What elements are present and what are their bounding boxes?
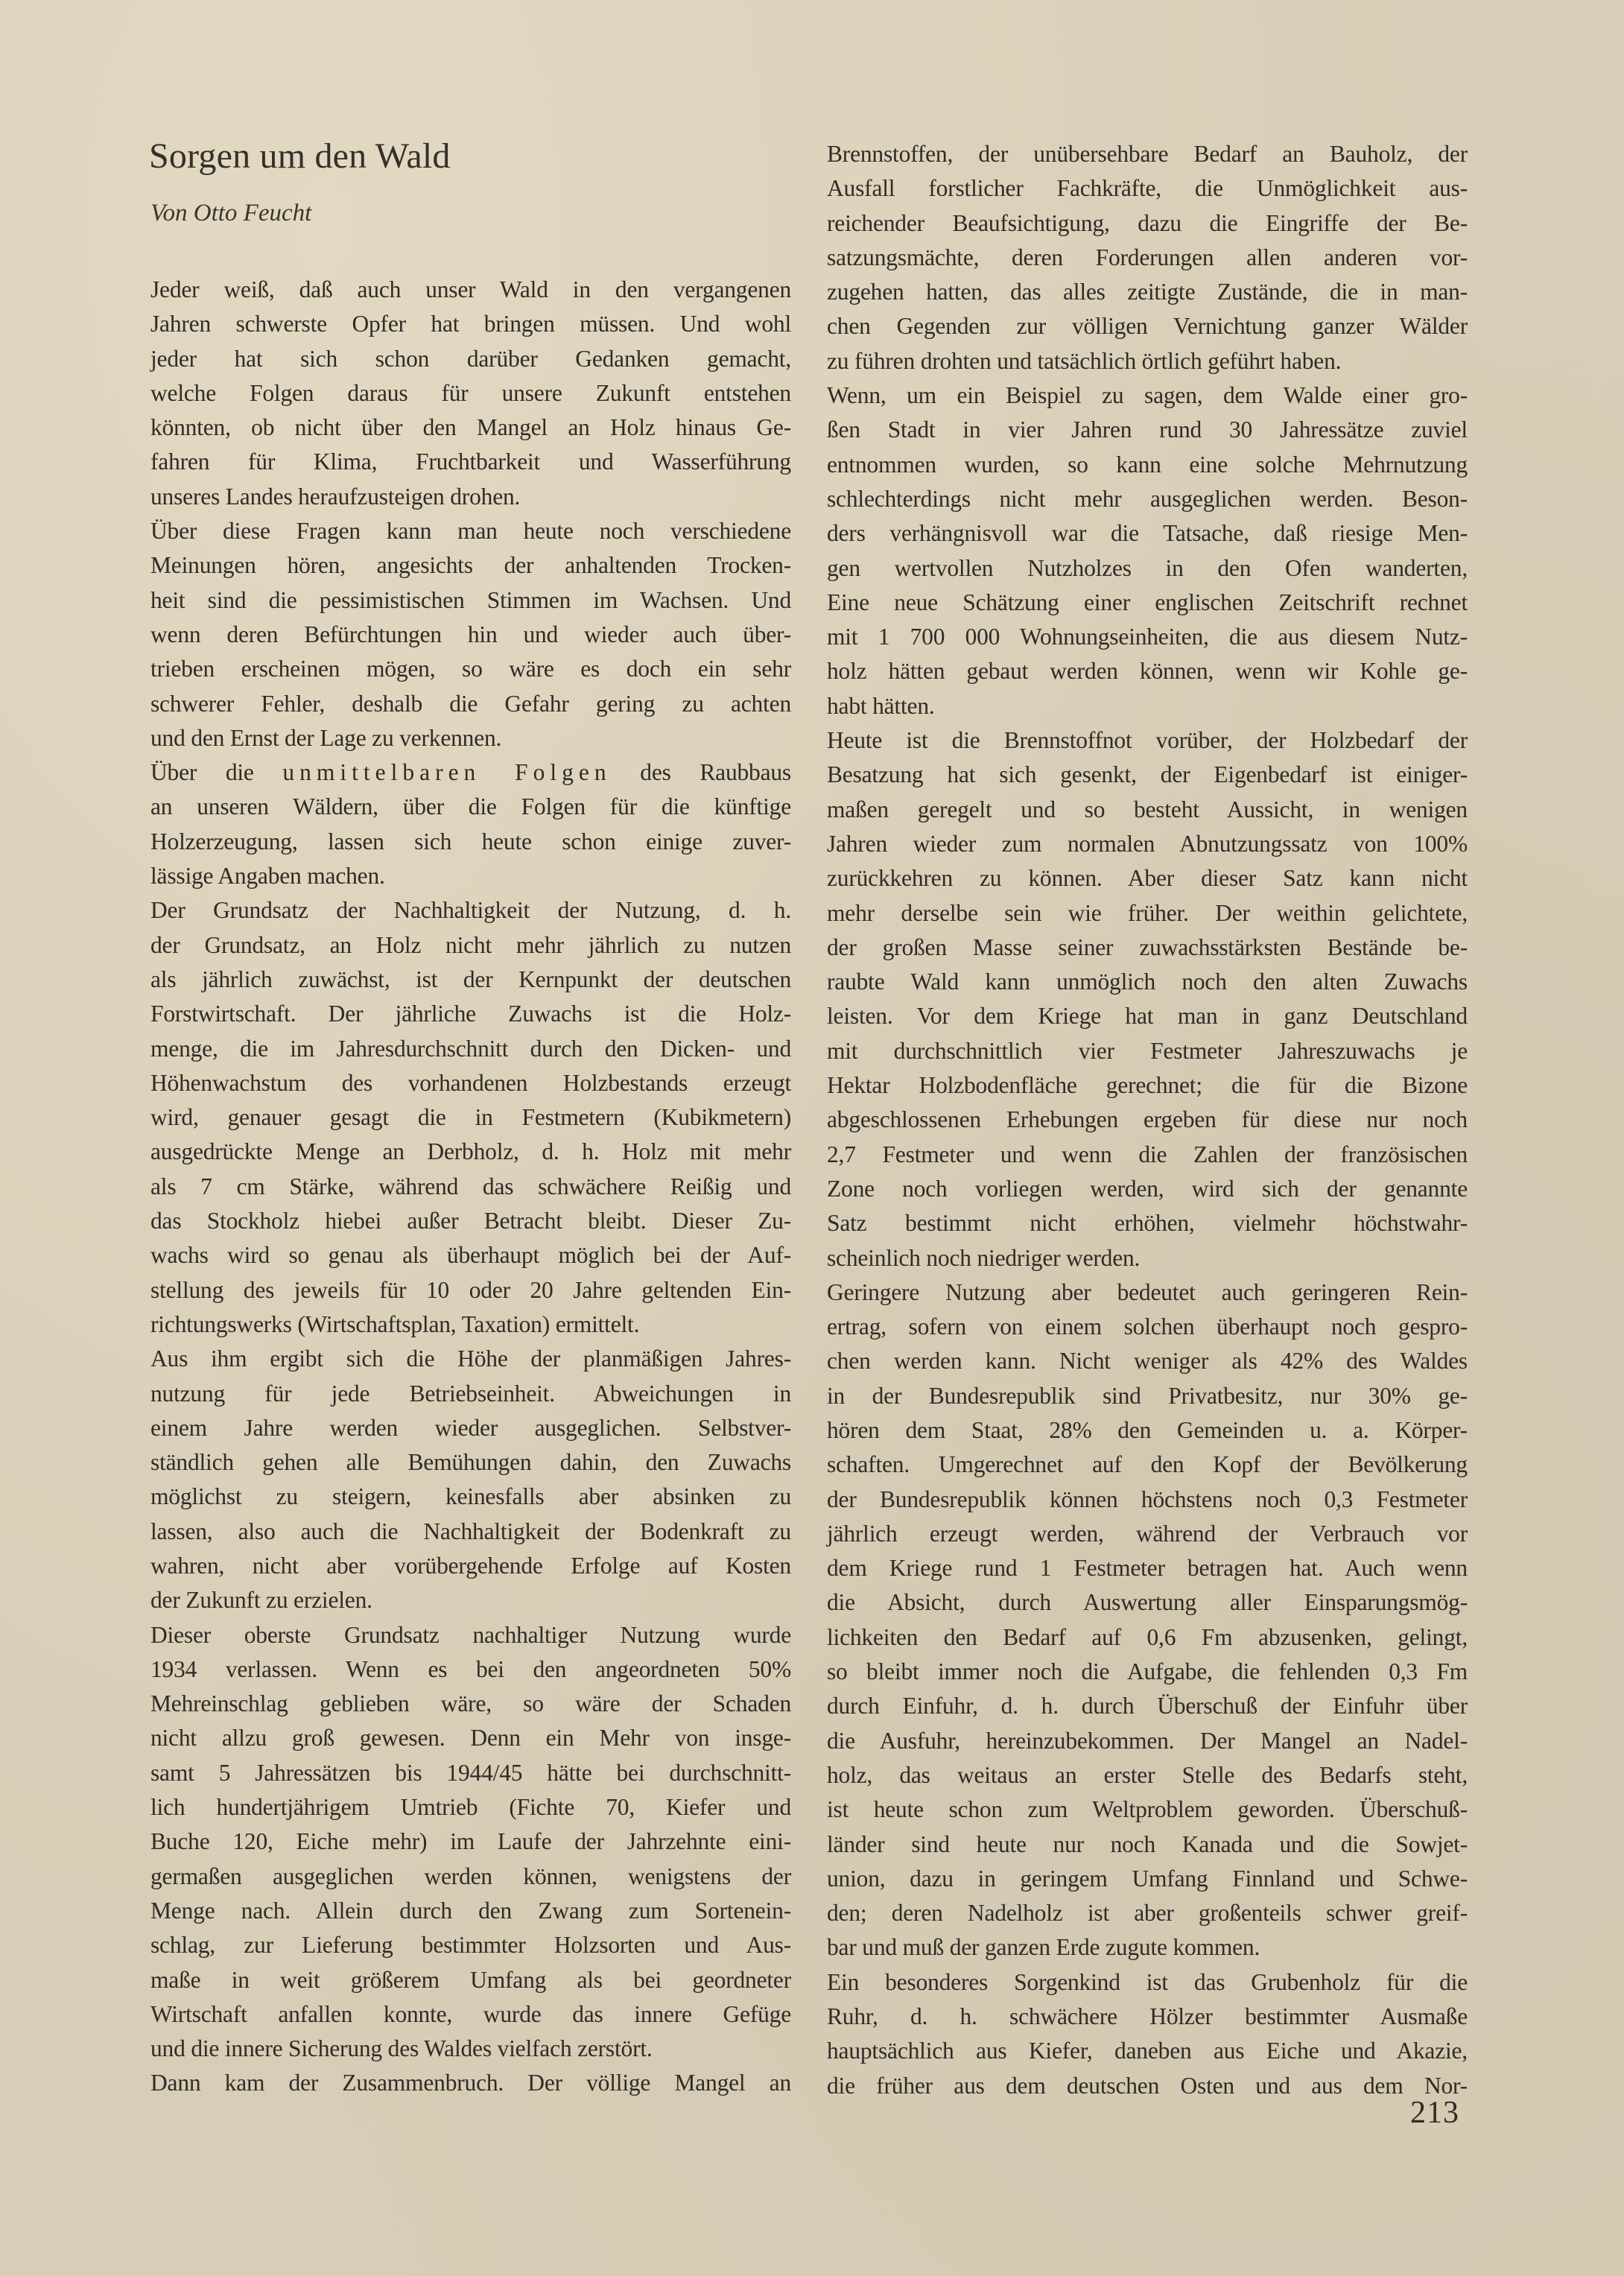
text-line: die Ausfuhr, hereinzubekommen. Der Mange… (827, 1724, 1468, 1758)
text-line: abgeschlossenen Erhebungen ergeben für d… (827, 1103, 1468, 1137)
text-line: Buche 120, Eiche mehr) im Laufe der Jahr… (150, 1825, 791, 1859)
text-line: der großen Masse seiner zuwachsstärksten… (827, 931, 1468, 965)
text-line: union, dazu in geringem Umfang Finnland … (827, 1862, 1468, 1896)
text-line: schlag, zur Lieferung bestimmter Holzsor… (150, 1928, 791, 1962)
text-line: Der Grundsatz der Nachhaltigkeit der Nut… (150, 893, 791, 928)
text-line: lichkeiten den Bedarf auf 0,6 Fm abzusen… (827, 1620, 1468, 1655)
text-line: Satz bestimmt nicht erhöhen, vielmehr hö… (827, 1206, 1468, 1240)
text-line: wenn deren Befürchtungen hin und wieder … (150, 618, 791, 652)
text-line: Ein besonderes Sorgenkind ist das Gruben… (827, 1965, 1468, 2000)
text-line: Heute ist die Brennstoffnot vorüber, der… (827, 723, 1468, 758)
text-line: germaßen ausgeglichen werden können, wen… (150, 1860, 791, 1894)
text-line: unseres Landes heraufzusteigen drohen. (150, 480, 791, 514)
text-line: Ausfall forstlicher Fachkräfte, die Unmö… (827, 171, 1468, 206)
text-line: Brennstoffen, der unübersehbare Bedarf a… (827, 137, 1468, 171)
text-line: chen werden kann. Nicht weniger als 42% … (827, 1344, 1468, 1378)
text-line: ist heute schon zum Weltproblem geworden… (827, 1792, 1468, 1827)
text-line: Jeder weiß, daß auch unser Wald in den v… (150, 273, 791, 307)
text-line: hören dem Staat, 28% den Gemeinden u. a.… (827, 1413, 1468, 1448)
text-line: Jahren wieder zum normalen Abnutzungssat… (827, 827, 1468, 861)
text-line: der Zukunft zu erzielen. (150, 1583, 791, 1617)
text-line: raubte Wald kann unmöglich noch den alte… (827, 965, 1468, 999)
text-line: Höhenwachstum des vorhandenen Holzbestan… (150, 1066, 791, 1100)
text-line: chen Gegenden zur völligen Vernichtung g… (827, 309, 1468, 343)
page-number: 213 (1410, 2095, 1459, 2131)
text-line: zurückkehren zu können. Aber dieser Satz… (827, 861, 1468, 895)
text-line: habt hätten. (827, 689, 1468, 723)
text-line: Ruhr, d. h. schwächere Hölzer bestimmter… (827, 2000, 1468, 2034)
text-line: lässige Angaben machen. (150, 859, 791, 893)
text-line: einem Jahre werden wieder ausgeglichen. … (150, 1411, 791, 1445)
text-line: Holzerzeugung, lassen sich heute schon e… (150, 825, 791, 859)
article-title: Sorgen um den Wald (149, 134, 451, 179)
text-line: dem Kriege rund 1 Festmeter betragen hat… (827, 1551, 1468, 1585)
text-line: in der Bundesrepublik sind Privatbesitz,… (827, 1379, 1468, 1413)
text-line: lich hundertjährigem Umtrieb (Fichte 70,… (150, 1790, 791, 1825)
text-line: ertrag, sofern von einem solchen überhau… (827, 1310, 1468, 1344)
text-line: das Stockholz hiebei außer Betracht blei… (150, 1204, 791, 1238)
text-line: maße in weit größerem Umfang als bei geo… (150, 1963, 791, 1997)
text-line: fahren für Klima, Fruchtbarkeit und Wass… (150, 445, 791, 479)
text-line: stellung des jeweils für 10 oder 20 Jahr… (150, 1273, 791, 1307)
text-line: jeder hat sich schon darüber Gedanken ge… (150, 342, 791, 376)
text-line: könnten, ob nicht über den Mangel an Hol… (150, 410, 791, 445)
text-line: Dieser oberste Grundsatz nachhaltiger Nu… (150, 1618, 791, 1652)
text-line: holz hätten gebaut werden können, wenn w… (827, 654, 1468, 688)
text-line: der Grundsatz, an Holz nicht mehr jährli… (150, 928, 791, 963)
emphasized-phrase: unmittelbaren Folgen (282, 759, 611, 785)
text-line: Über die unmittelbaren Folgen des Raubba… (150, 755, 791, 790)
text-line: lassen, also auch die Nachhaltigkeit der… (150, 1515, 791, 1549)
text-line: der Bundesrepublik können höchstens noch… (827, 1483, 1468, 1517)
text-line: richtungswerks (Wirtschaftsplan, Taxatio… (150, 1307, 791, 1342)
text-line: Jahren schwerste Opfer hat bringen müsse… (150, 307, 791, 341)
text-line: so bleibt immer noch die Aufgabe, die fe… (827, 1655, 1468, 1689)
text-line: die früher aus dem deutschen Osten und a… (827, 2069, 1468, 2103)
text-line: entnommen wurden, so kann eine solche Me… (827, 448, 1468, 482)
text-line: schwerer Fehler, deshalb die Gefahr geri… (150, 687, 791, 721)
text-line: Dann kam der Zusammenbruch. Der völlige … (150, 2066, 791, 2100)
text-line: Menge nach. Allein durch den Zwang zum S… (150, 1894, 791, 1928)
text-line: ßen Stadt in vier Jahren rund 30 Jahress… (827, 413, 1468, 447)
text-line: wahren, nicht aber vorübergehende Erfolg… (150, 1549, 791, 1583)
text-line: ständlich gehen alle Bemühungen dahin, d… (150, 1445, 791, 1480)
text-line: an unseren Wäldern, über die Folgen für … (150, 790, 791, 824)
text-line: gen wertvollen Nutzholzes in den Ofen wa… (827, 551, 1468, 586)
text-line: mehr derselbe sein wie früher. Der weith… (827, 896, 1468, 931)
text-line: Eine neue Schätzung einer englischen Zei… (827, 586, 1468, 620)
text-line: Über diese Fragen kann man heute noch ve… (150, 514, 791, 548)
text-line: satzungsmächte, deren Forderungen allen … (827, 241, 1468, 275)
text-line: ders verhängnisvoll war die Tatsache, da… (827, 516, 1468, 551)
text-line: heit sind die pessimistischen Stimmen im… (150, 583, 791, 618)
text-line: durch Einfuhr, d. h. durch Überschuß der… (827, 1689, 1468, 1723)
text-line: 2,7 Festmeter und wenn die Zahlen der fr… (827, 1138, 1468, 1172)
text-line: den; deren Nadelholz ist aber großenteil… (827, 1896, 1468, 1930)
text-line: Geringere Nutzung aber bedeutet auch ger… (827, 1275, 1468, 1310)
text-line: Wirtschaft anfallen konnte, wurde das in… (150, 1997, 791, 2032)
text-line: zu führen drohten und tatsächlich örtlic… (827, 344, 1468, 378)
text-line: möglichst zu steigern, keinesfalls aber … (150, 1480, 791, 1514)
text-line: scheinlich noch niedriger werden. (827, 1241, 1468, 1275)
text-line: mit durchschnittlich vier Festmeter Jahr… (827, 1034, 1468, 1068)
text-line: schlechterdings nicht mehr ausgeglichen … (827, 482, 1468, 516)
right-column: Brennstoffen, der unübersehbare Bedarf a… (827, 137, 1468, 2103)
text-line: jährlich erzeugt werden, während der Ver… (827, 1517, 1468, 1551)
text-line: Hektar Holzbodenfläche gerechnet; die fü… (827, 1068, 1468, 1103)
text-line: nicht allzu groß gewesen. Denn ein Mehr … (150, 1721, 791, 1755)
text-line: Wenn, um ein Beispiel zu sagen, dem Wald… (827, 378, 1468, 413)
text-line: Zone noch vorliegen werden, wird sich de… (827, 1172, 1468, 1206)
text-line: Forstwirtschaft. Der jährliche Zuwachs i… (150, 997, 791, 1031)
text-line: welche Folgen daraus für unsere Zukunft … (150, 376, 791, 410)
text-line: trieben erscheinen mögen, so wäre es doc… (150, 652, 791, 686)
text-line: als jährlich zuwächst, ist der Kernpunkt… (150, 963, 791, 997)
text-line: als 7 cm Stärke, während das schwächere … (150, 1170, 791, 1204)
text-line: nutzung für jede Betriebseinheit. Abweic… (150, 1377, 791, 1411)
text-line: ausgedrückte Menge an Derbholz, d. h. Ho… (150, 1135, 791, 1169)
text-line: Mehreinschlag geblieben wäre, so wäre de… (150, 1687, 791, 1721)
text-line: leisten. Vor dem Kriege hat man in ganz … (827, 999, 1468, 1033)
magazine-page: Sorgen um den Wald Von Otto Feucht Jeder… (0, 0, 1624, 2276)
text-line: die Absicht, durch Auswertung aller Eins… (827, 1585, 1468, 1620)
text-line: holz, das weitaus an erster Stelle des B… (827, 1758, 1468, 1792)
text-line: zugehen hatten, das alles zeitigte Zustä… (827, 275, 1468, 309)
text-line: und die innere Sicherung des Waldes viel… (150, 2032, 791, 2066)
text-line: schaften. Umgerechnet auf den Kopf der B… (827, 1448, 1468, 1482)
text-line: hauptsächlich aus Kiefer, daneben aus Ei… (827, 2034, 1468, 2068)
text-line: samt 5 Jahressätzen bis 1944/45 hätte be… (150, 1756, 791, 1790)
left-column-body: Jeder weiß, daß auch unser Wald in den v… (150, 273, 791, 2101)
text-line: Besatzung hat sich gesenkt, der Eigenbed… (827, 758, 1468, 792)
text-line: Meinungen hören, angesichts der anhalten… (150, 548, 791, 583)
text-line: bar und muß der ganzen Erde zugute komme… (827, 1930, 1468, 1965)
text-line: länder sind heute nur noch Kanada und di… (827, 1828, 1468, 1862)
text-line: Aus ihm ergibt sich die Höhe der planmäß… (150, 1342, 791, 1376)
text-line: reichender Beaufsichtigung, dazu die Ein… (827, 206, 1468, 241)
text-line: wird, genauer gesagt die in Festmetern (… (150, 1100, 791, 1135)
article-byline: Von Otto Feucht (150, 200, 311, 227)
text-line: menge, die im Jahresdurchschnitt durch d… (150, 1032, 791, 1066)
text-line: mit 1 700 000 Wohnungseinheiten, die aus… (827, 620, 1468, 654)
text-line: wachs wird so genau als überhaupt möglic… (150, 1238, 791, 1272)
text-line: und den Ernst der Lage zu verkennen. (150, 721, 791, 755)
text-line: 1934 verlassen. Wenn es bei den angeordn… (150, 1652, 791, 1687)
text-line: maßen geregelt und so besteht Aussicht, … (827, 793, 1468, 827)
